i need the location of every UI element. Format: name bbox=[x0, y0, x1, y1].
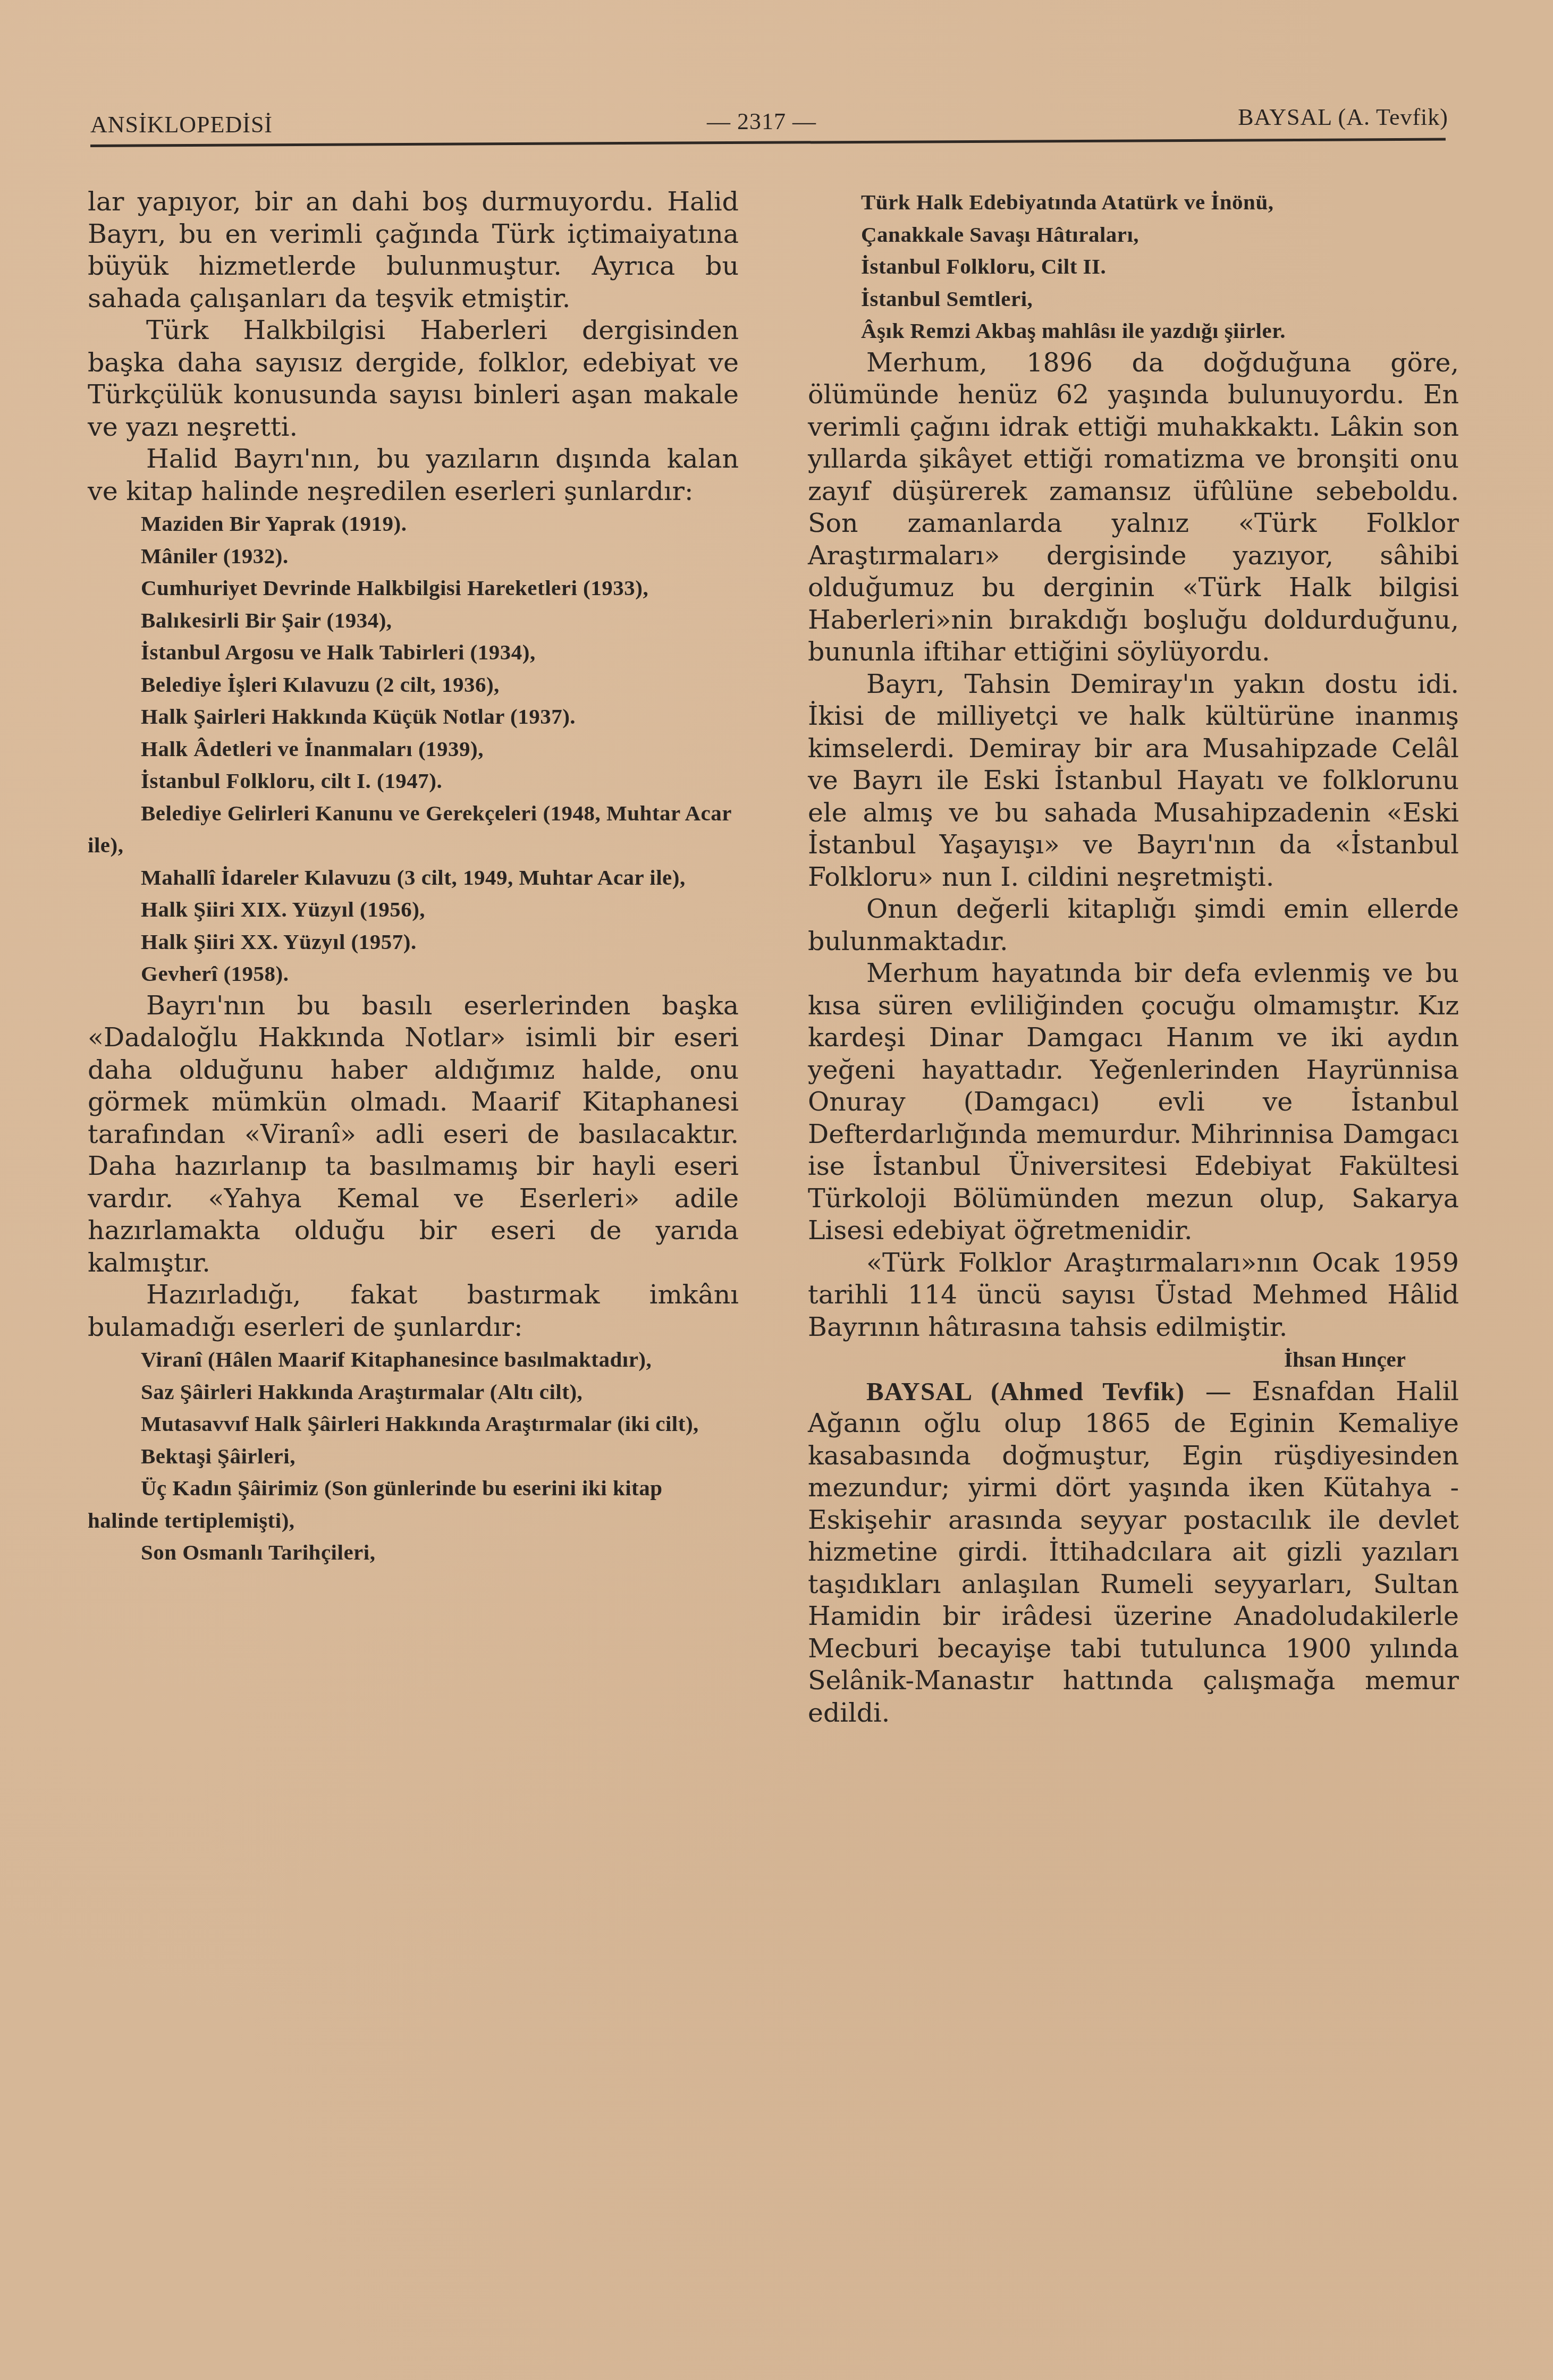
work-item: İstanbul Semtleri, bbox=[808, 283, 1459, 315]
unpublished-works-list-continued: Türk Halk Edebiyatında Atatürk ve İnönü,… bbox=[808, 186, 1459, 347]
entry-headword: BAYSAL (Ahmed Tevfik) bbox=[866, 1377, 1185, 1406]
work-item: Saz Şâirleri Hakkında Araştırmalar (Altı… bbox=[88, 1376, 739, 1408]
paragraph: «Türk Folklor Araştırmaları»nın Ocak 195… bbox=[808, 1247, 1459, 1344]
published-works-list: Maziden Bir Yaprak (1919). Mâniler (1932… bbox=[88, 507, 739, 990]
paragraph: Hazırladığı, fakat bastırmak imkânı bula… bbox=[88, 1279, 739, 1343]
work-item: Belediye Gelirleri Kanunu ve Gerekçeleri… bbox=[88, 797, 739, 861]
work-item: Çanakkale Savaşı Hâtıraları, bbox=[808, 218, 1459, 251]
paragraph: Merhum, 1896 da doğduğuna göre, ölümünde… bbox=[808, 347, 1459, 668]
encyclopedia-entry: BAYSAL (Ahmed Tevfik) — Esnafdan Halil A… bbox=[808, 1376, 1459, 1730]
paragraph: Halid Bayrı'nın, bu yazıların dışında ka… bbox=[88, 443, 739, 507]
header-encyclopedia-title: ANSİKLOPEDİSİ bbox=[90, 111, 273, 138]
header-entry-range: BAYSAL (A. Tevfik) bbox=[1238, 104, 1448, 131]
work-item: Viranî (Hâlen Maarif Kitaphanesince bası… bbox=[88, 1343, 739, 1376]
page-number: — 2317 — bbox=[707, 108, 816, 135]
paragraph: Bayrı, Tahsin Demiray'ın yakın dostu idi… bbox=[808, 668, 1459, 894]
work-item: Maziden Bir Yaprak (1919). bbox=[88, 507, 739, 540]
work-item: Son Osmanlı Tarihçileri, bbox=[88, 1536, 739, 1569]
running-header: ANSİKLOPEDİSİ — 2317 — BAYSAL (A. Tevfik… bbox=[88, 104, 1448, 141]
work-item: Halk Şiiri XX. Yüzyıl (1957). bbox=[88, 926, 739, 958]
work-item: Mahallî İdareler Kılavuzu (3 cilt, 1949,… bbox=[88, 861, 739, 894]
paragraph: Merhum hayatında bir defa evlenmiş ve bu… bbox=[808, 958, 1459, 1247]
work-item: Cumhuriyet Devrinde Halkbilgisi Hareketl… bbox=[88, 572, 739, 604]
work-item: Mâniler (1932). bbox=[88, 540, 739, 572]
work-item: Türk Halk Edebiyatında Atatürk ve İnönü, bbox=[808, 186, 1459, 218]
left-column: lar yapıyor, bir an dahi boş durmuyordu.… bbox=[88, 186, 739, 1569]
work-item: İstanbul Folkloru, cilt I. (1947). bbox=[88, 765, 739, 797]
work-item: Halk Şiiri XIX. Yüzyıl (1956), bbox=[88, 893, 739, 926]
work-item: Bektaşi Şâirleri, bbox=[88, 1440, 739, 1472]
paragraph: lar yapıyor, bir an dahi boş durmuyordu.… bbox=[88, 186, 739, 315]
right-column: Türk Halk Edebiyatında Atatürk ve İnönü,… bbox=[808, 186, 1459, 1729]
unpublished-works-list: Viranî (Hâlen Maarif Kitaphanesince bası… bbox=[88, 1343, 739, 1569]
work-item: Balıkesirli Bir Şair (1934), bbox=[88, 604, 739, 637]
work-item: Üç Kadın Şâirimiz (Son günlerinde bu ese… bbox=[88, 1472, 739, 1536]
work-item: Mutasavvıf Halk Şâirleri Hakkında Araştı… bbox=[88, 1408, 739, 1440]
work-item: Belediye İşleri Kılavuzu (2 cilt, 1936), bbox=[88, 668, 739, 701]
paragraph: Onun değerli kitaplığı şimdi emin ellerd… bbox=[808, 893, 1459, 958]
work-item: Âşık Remzi Akbaş mahlâsı ile yazdığı şii… bbox=[808, 315, 1459, 347]
work-item: İstanbul Argosu ve Halk Tabirleri (1934)… bbox=[88, 636, 739, 668]
work-item: Halk Şairleri Hakkında Küçük Notlar (193… bbox=[88, 700, 739, 733]
paragraph: Türk Halkbilgisi Haberleri dergisinden b… bbox=[88, 315, 739, 443]
work-item: Halk Âdetleri ve İnanmaları (1939), bbox=[88, 733, 739, 765]
work-item: İstanbul Folkloru, Cilt II. bbox=[808, 250, 1459, 283]
work-item: Gevherî (1958). bbox=[88, 958, 739, 990]
entry-text: — Esnafdan Halil Ağanın oğlu olup 1865 d… bbox=[808, 1376, 1459, 1728]
author-signature: İhsan Hınçer bbox=[808, 1343, 1459, 1376]
paragraph: Bayrı'nın bu basılı eserlerinden başka «… bbox=[88, 990, 739, 1280]
